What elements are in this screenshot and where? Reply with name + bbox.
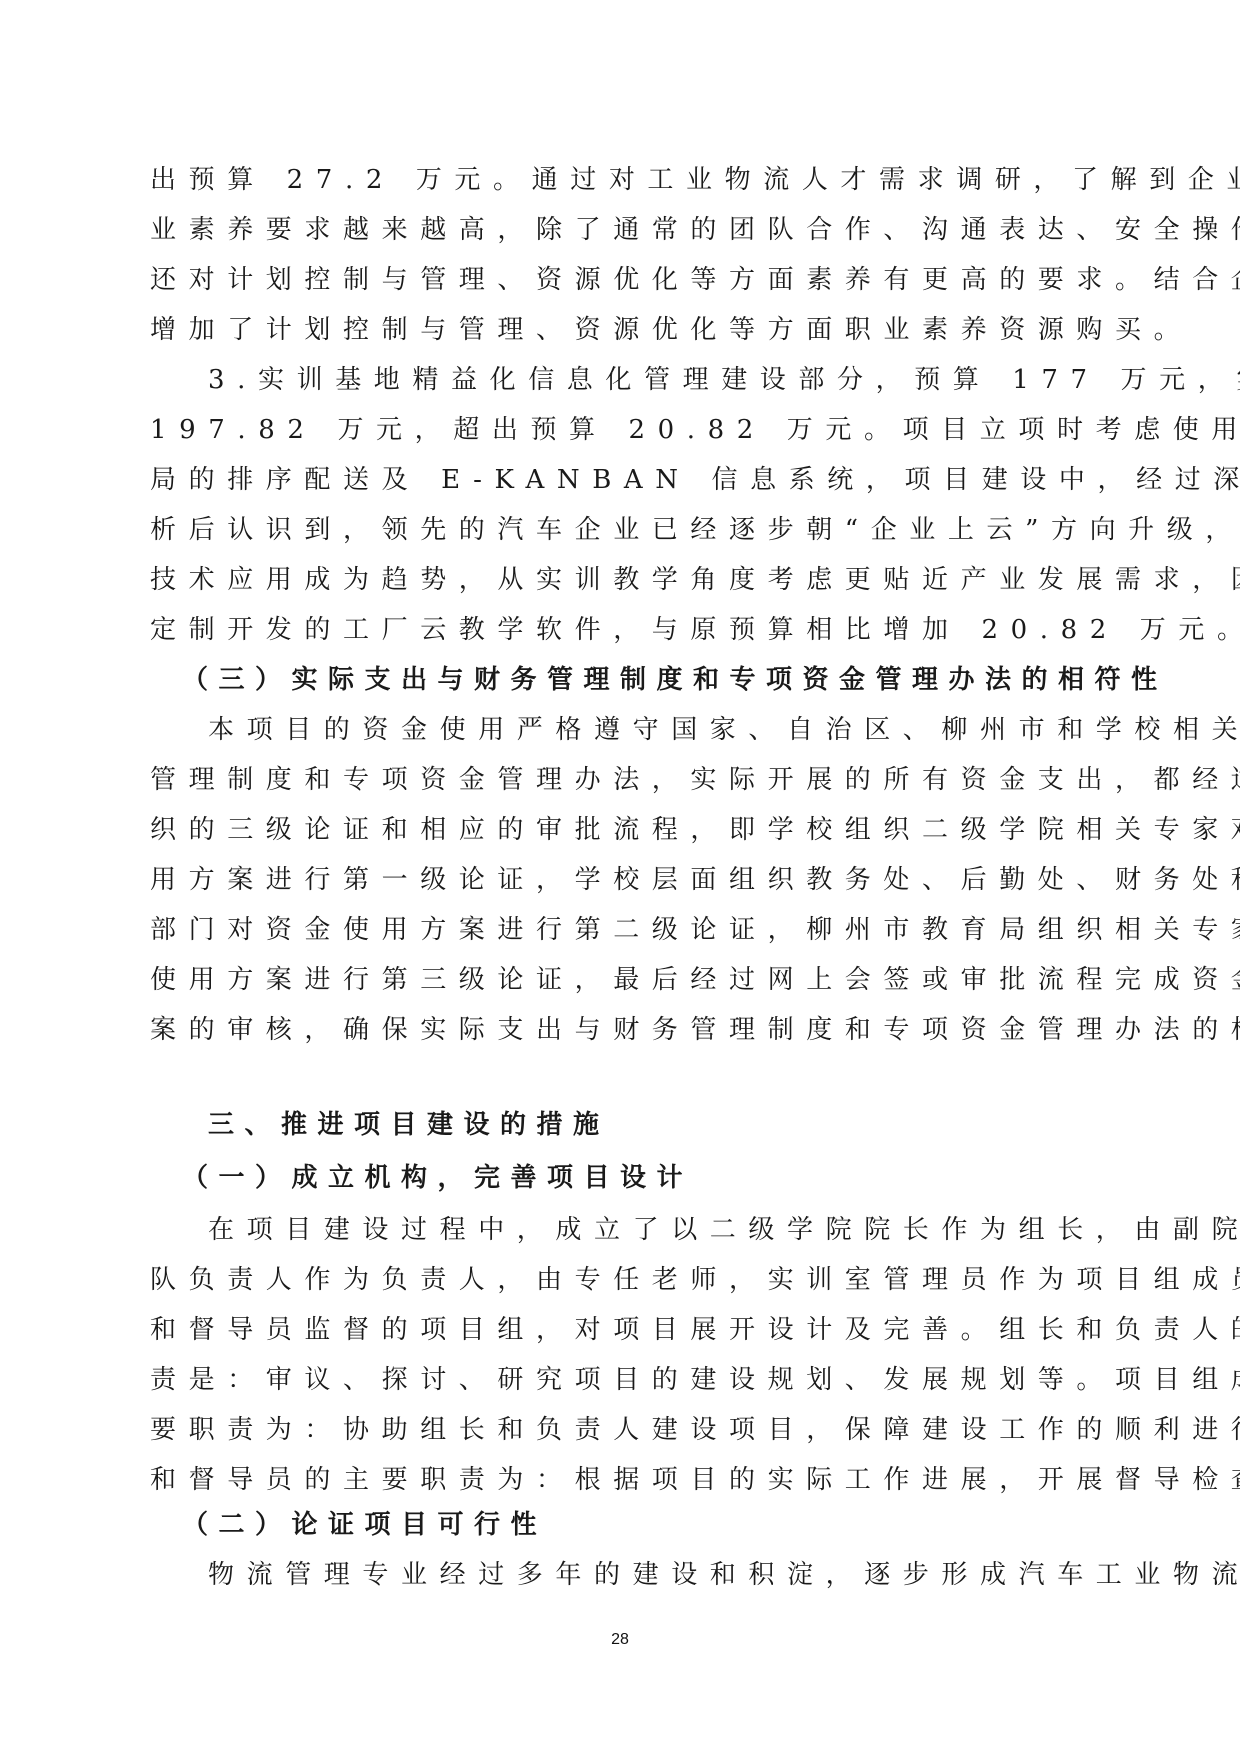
subheading-3: （三）实际支出与财务管理制度和专项资金管理办法的相符性 — [182, 662, 1132, 698]
paragraph-line: 使用方案进行第三级论证，最后经过网上会签或审批流程完成资金使用方 — [150, 962, 1100, 998]
paragraph-line: 物流管理专业经过多年的建设和积淀，逐步形成汽车工业物流专业特 — [208, 1557, 1100, 1593]
paragraph-line: 织的三级论证和相应的审批流程，即学校组织二级学院相关专家对资金使 — [150, 812, 1100, 848]
paragraph-line-item-3: 3.实训基地精益化信息化管理建设部分，预算 177 万元，实际投入 — [208, 362, 1100, 398]
paragraph-line: 出预算 27.2 万元。通过对工业物流人才需求调研，了解到企业对员工的职 — [150, 162, 1100, 198]
paragraph-line: 业素养要求越来越高，除了通常的团队合作、沟通表达、安全操作以外， — [150, 212, 1100, 248]
paragraph-line: 案的审核，确保实际支出与财务管理制度和专项资金管理办法的相符性。 — [150, 1012, 1100, 1048]
subheading-2: （二）论证项目可行性 — [182, 1507, 1132, 1543]
paragraph-line: 和督导员监督的项目组，对项目展开设计及完善。组长和负责人的主要职 — [150, 1312, 1100, 1348]
paragraph-line: 管理制度和专项资金管理办法，实际开展的所有资金支出，都经过学校组 — [150, 762, 1100, 798]
paragraph-line: 还对计划控制与管理、资源优化等方面素养有更高的要求。结合企业实际， — [150, 262, 1100, 298]
document-page: 出预算 27.2 万元。通过对工业物流人才需求调研，了解到企业对员工的职 业素养… — [0, 0, 1240, 1754]
paragraph-line: 定制开发的工厂云教学软件，与原预算相比增加 20.82 万元。 — [150, 612, 1100, 648]
page-number: 28 — [600, 1630, 640, 1650]
paragraph-line: 用方案进行第一级论证，学校层面组织教务处、后勤处、财务处和纪委等 — [150, 862, 1100, 898]
paragraph-line: 在项目建设过程中，成立了以二级学院院长作为组长，由副院长、团 — [208, 1212, 1100, 1248]
subheading-1: （一）成立机构，完善项目设计 — [182, 1160, 1132, 1196]
paragraph-line: 析后认识到，领先的汽车企业已经逐步朝“企业上云”方向升级，工厂云 — [150, 512, 1100, 548]
paragraph-line: 部门对资金使用方案进行第二级论证，柳州市教育局组织相关专家对资金 — [150, 912, 1100, 948]
section-heading-3: 三、推进项目建设的措施 — [208, 1107, 1158, 1143]
paragraph-line: 197.82 万元，超出预算 20.82 万元。项目立项时考虑使用传统工业总线布 — [150, 412, 1100, 448]
paragraph-line: 本项目的资金使用严格遵守国家、自治区、柳州市和学校相关的财务 — [208, 712, 1100, 748]
paragraph-line: 技术应用成为趋势，从实训教学角度考虑更贴近产业发展需求，因此采购 — [150, 562, 1100, 598]
paragraph-line: 责是：审议、探讨、研究项目的建设规划、发展规划等。项目组成员的主 — [150, 1362, 1100, 1398]
paragraph-line: 要职责为：协助组长和负责人建设项目，保障建设工作的顺利进行。书记 — [150, 1412, 1100, 1448]
paragraph-line: 增加了计划控制与管理、资源优化等方面职业素养资源购买。 — [150, 312, 1100, 348]
paragraph-line: 队负责人作为负责人，由专任老师，实训室管理员作为项目组成员，书记 — [150, 1262, 1100, 1298]
paragraph-line: 局的排序配送及 E-KANBAN 信息系统，项目建设中，经过深入的产业调研分 — [150, 462, 1100, 498]
paragraph-line: 和督导员的主要职责为：根据项目的实际工作进展，开展督导检查工作。 — [150, 1462, 1100, 1498]
